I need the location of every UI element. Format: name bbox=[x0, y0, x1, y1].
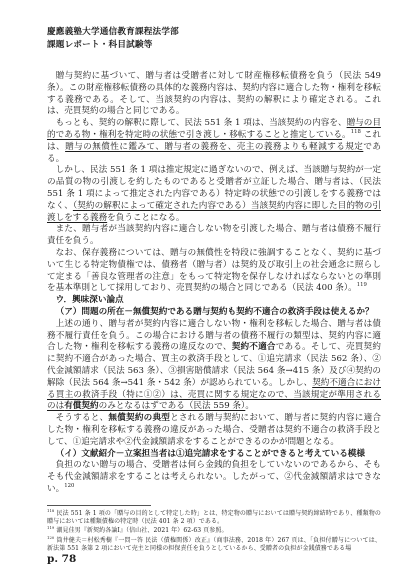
footnote-separator bbox=[47, 505, 151, 506]
text-run: 。 bbox=[245, 401, 254, 411]
text-run: 契約不適合 bbox=[232, 342, 276, 352]
document-header: 慶應義塾大学通信教育課程法学部 課題レポート・科目試験等 bbox=[47, 26, 381, 52]
text-run: 贈与契約に基づいて、贈与者は受贈者に対して財産権移転債務を負う（民法 549 条… bbox=[47, 71, 381, 116]
text-run: （ア）問題の所在－無償契約である贈与契約も契約不適合の救済手段は使えるか？ bbox=[56, 307, 374, 317]
footnote-ref: 118 bbox=[351, 129, 361, 135]
footnote-text: 筒井健夫＝村松秀樹『一問一答 民法（債権関係）改正』（商事法務、2018 年）2… bbox=[47, 537, 381, 552]
text-run: 無償契約の典型 bbox=[108, 413, 170, 423]
paragraph: 贈与契約に基づいて、贈与者は受贈者に対して財産権移転債務を負う（民法 549 条… bbox=[47, 71, 381, 118]
text-run: のみとなるはずである（民法 559 条） bbox=[99, 401, 246, 411]
paragraph: もっとも、契約の解釈に際して、民法 551 条 1 項は、当該契約の内容を、贈与… bbox=[47, 118, 381, 165]
paragraph: しかし、民法 551 条 1 項は推定規定に過ぎないので、例えば、当該贈与契約が… bbox=[47, 165, 381, 224]
text-run: （イ）文献紹介－立案担当者は①追完請求をすることができると考えている模様 bbox=[56, 449, 365, 459]
paragraph: 負担のない贈与の場合、受贈者は何ら金銭的負担をしていないのであるから、そもそも代… bbox=[47, 460, 381, 495]
text-run: なお、保存義務については、贈与の無償性を特段に強調することなく、契約に基づいて生… bbox=[47, 248, 381, 293]
footnote-ref: 120 bbox=[64, 483, 74, 489]
text-run: 負担のない贈与の場合、受贈者は何ら金銭的負担をしていないのであるから、そもそも代… bbox=[47, 460, 381, 494]
paragraph: なお、保存義務については、贈与の無償性を特段に強調することなく、契約に基づいて生… bbox=[47, 248, 381, 295]
section-heading: ウ．興味深い論点 bbox=[47, 295, 381, 307]
text-run: 有償契約 bbox=[64, 401, 98, 411]
text-run: そうすると、 bbox=[56, 413, 109, 423]
footnote: 118 民法 551 条 1 項の「贈与の目的として特定した時」とは、特定物の贈… bbox=[47, 510, 381, 527]
footnote: 120 筒井健夫＝村松秀樹『一問一答 民法（債権関係）改正』（商事法務、2018… bbox=[47, 537, 381, 554]
paragraph: 上述の通り、贈与者が契約内容に適合しない物・権利を移転した場合、贈与者は債務不履… bbox=[47, 319, 381, 413]
footnote-text: 民法 551 条 1 項の「贈与の目的として特定した時」とは、特定物の贈与におい… bbox=[47, 510, 381, 525]
footnote-ref: 119 bbox=[357, 282, 367, 288]
paragraph: そうすると、無償契約の典型とされる贈与契約において、贈与者に契約内容に適合した物… bbox=[47, 413, 381, 448]
section-heading: （イ）文献紹介－立案担当者は①追完請求をすることができると考えている模様 bbox=[47, 449, 381, 461]
header-university-line: 慶應義塾大学通信教育課程法学部 bbox=[47, 26, 381, 39]
document-page: 慶應義塾大学通信教育課程法学部 課題レポート・科目試験等 贈与契約に基づいて、贈… bbox=[0, 0, 410, 580]
page-number: p. 78 bbox=[47, 553, 76, 565]
footnote-text: 潮見佳男『新契約各論Ⅰ』（信山社、2021 年）62-63 頁参照。 bbox=[54, 527, 227, 534]
paragraph: また、贈与者が当該契約内容に適合しない物を引渡した場合、贈与者は債務不履行責任を… bbox=[47, 224, 381, 248]
text-run: 。 bbox=[342, 130, 351, 140]
page-content: 慶應義塾大学通信教育課程法学部 課題レポート・科目試験等 贈与契約に基づいて、贈… bbox=[47, 26, 381, 554]
footnote: 119 潮見佳男『新契約各論Ⅰ』（信山社、2021 年）62-63 頁参照。 bbox=[47, 527, 381, 535]
text-run: ウ．興味深い論点 bbox=[56, 295, 124, 305]
footnotes-section: 118 民法 551 条 1 項の「贈与の目的として特定した時」とは、特定物の贈… bbox=[47, 510, 381, 553]
section-heading: （ア）問題の所在－無償契約である贈与契約も契約不適合の救済手段は使えるか？ bbox=[47, 307, 381, 319]
text-run: また、贈与者が当該契約内容に適合しない物を引渡した場合、贈与者は債務不履行責任を… bbox=[47, 224, 381, 246]
text-run: （契約の解釈によって確定された内容である）当該契約内容に即した目的物の引渡しをす… bbox=[47, 201, 381, 223]
text-run: もっとも、契約の解釈に際して、民法 551 条 1 項は、当該契約の内容を、 bbox=[56, 118, 347, 128]
header-doctype-line: 課題レポート・科目試験等 bbox=[47, 39, 381, 52]
document-body: 贈与契約に基づいて、贈与者は受贈者に対して財産権移転債務を負う（民法 549 条… bbox=[47, 71, 381, 496]
text-run: を負うことになる。 bbox=[107, 213, 184, 223]
text-run: 贈与の無償性に鑑みて、贈与者の義務を、売主の義務よりも軽減する規定 bbox=[65, 142, 363, 152]
